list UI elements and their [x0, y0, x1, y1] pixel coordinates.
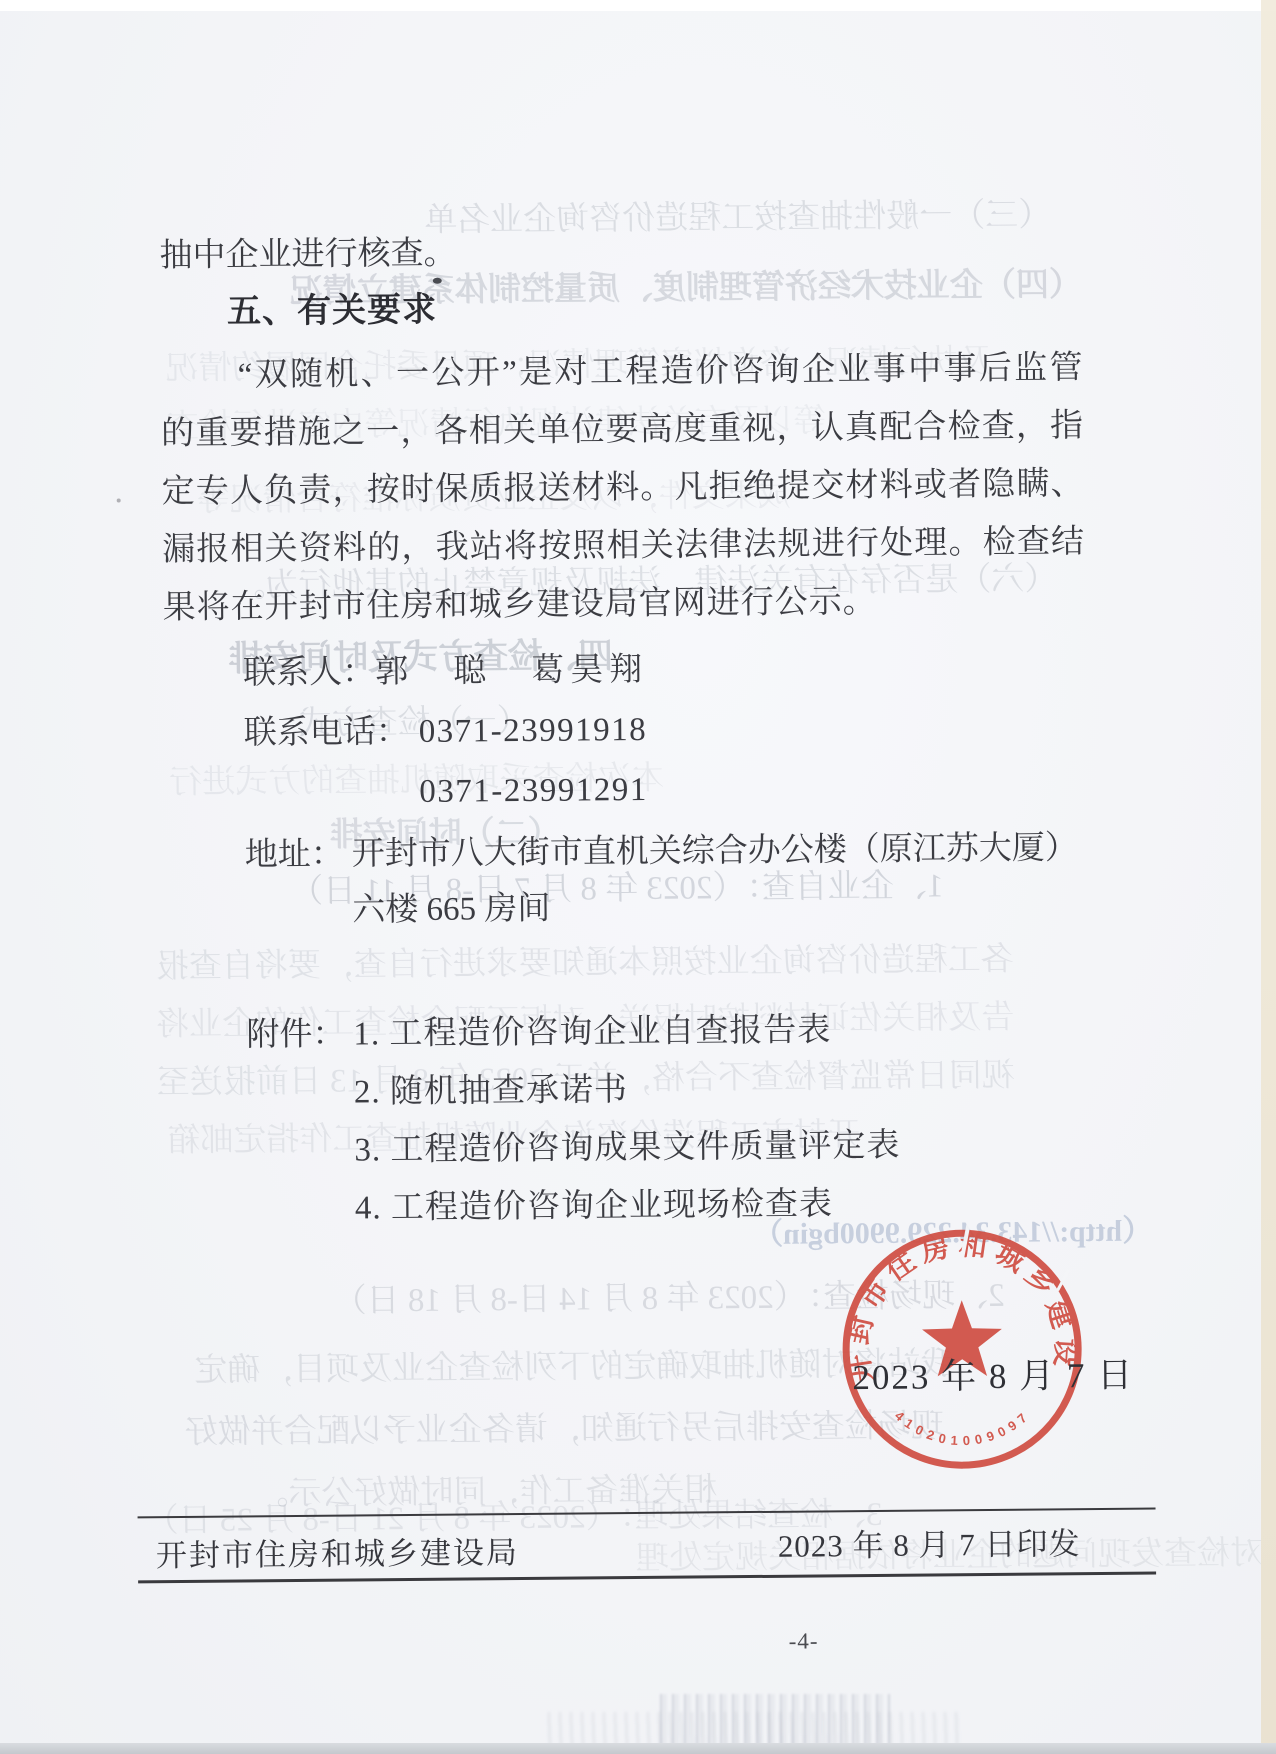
contact-phone-label: 联系电话： — [244, 710, 409, 755]
paragraph-line: “双随机、一公开”是对工程造价咨询企业事中事后监管 — [237, 346, 1082, 397]
scan-edge-bottom — [0, 1743, 1276, 1754]
attachment-item: 1. 工程造价咨询企业自查报告表 — [353, 1008, 831, 1056]
page-number: -4- — [789, 1628, 819, 1654]
bleedthrough-line: 相关准备工作，同时做好公示。 — [255, 1463, 717, 1514]
scanned-document-page: （三）一般性抽查按工程造价咨询企业名单（四）企业技术经济管理制度、质量控制体系建… — [0, 0, 1276, 1754]
footer-issuer: 开封市住房和城乡建设局 — [156, 1527, 519, 1575]
document-content-layer: （三）一般性抽查按工程造价咨询企业名单（四）企业技术经济管理制度、质量控制体系建… — [0, 0, 1276, 1754]
ink-speck — [117, 499, 121, 503]
address-line-2: 六楼 665 房间 — [352, 887, 550, 933]
paragraph-line: 定专人负责，按时保质报送材料。凡拒绝提交材料或者隐瞒、 — [161, 462, 1083, 514]
paragraph-line: 漏报相关资料的，我站将按照相关法律法规进行处理。检查结 — [162, 520, 1084, 572]
attachment-item: 2. 随机抽查承诺书 — [354, 1068, 628, 1114]
scan-edge-top — [0, 0, 1276, 11]
attachments-label: 附件： — [246, 1013, 345, 1058]
paragraph-line: 果将在开封市住房和城乡建设局官网进行公示。 — [162, 580, 876, 630]
contact-phone-2: 0371-23991291 — [419, 768, 648, 814]
ink-speck — [440, 422, 444, 426]
attachment-item: 3. 工程造价咨询成果文件质量评定表 — [354, 1124, 900, 1173]
scan-edge-right — [1261, 0, 1276, 1754]
address-label: 地址： — [245, 833, 344, 878]
paragraph-line: 的重要措施之一，各相关单位要高度重视，认真配合检查，指 — [161, 404, 1083, 456]
bleedthrough-line: 各工程造价咨询企业按照本通知要求进行自查，要将自查报 — [156, 933, 1014, 987]
body-line-carryover: 抽中企业进行核查。 — [159, 232, 456, 279]
ink-speck — [433, 278, 442, 284]
footer-rule-top — [138, 1508, 1156, 1519]
contact-person-label: 联系人： — [243, 650, 375, 695]
issue-date: 2023 年 8 月 7 日 — [852, 1348, 1134, 1400]
contact-phone-1: 0371-23991918 — [419, 708, 648, 754]
contact-person-names: 郭 聪 葛昊翔 — [375, 648, 648, 694]
attachment-item: 4. 工程造价咨询企业现场检查表 — [355, 1182, 833, 1230]
section-heading: 五、有关要求 — [227, 288, 437, 334]
bleedthrough-line: （三）一般性抽查按工程造价咨询企业名单 — [424, 188, 1051, 240]
footer-print-date: 2023 年 8 月 7 日印发 — [778, 1518, 1081, 1566]
address-value: 开封市八大街市直机关综合办公楼（原江苏大厦） — [352, 826, 1078, 876]
scan-smudge — [540, 1712, 960, 1746]
